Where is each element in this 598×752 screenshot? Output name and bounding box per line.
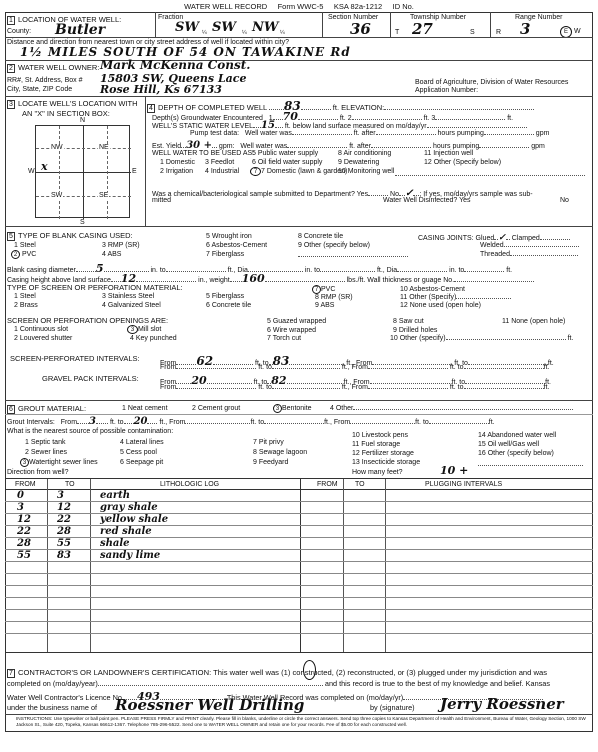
opening-option[interactable]: 11 None (open hole): [502, 318, 565, 325]
casing-title: TYPE OF BLANK CASING USED:: [18, 231, 133, 240]
signature-field[interactable]: Jerry Roessner: [440, 695, 564, 713]
use-option[interactable]: 6 Oil field water supply: [252, 159, 322, 166]
compass-e: E: [132, 168, 137, 175]
screen-option[interactable]: 1 Steel: [14, 293, 36, 300]
opening-other-label: 10 Other (specify): [390, 335, 446, 342]
log-desc[interactable]: gray shale: [100, 502, 158, 514]
township-suffix: S: [470, 29, 475, 36]
log-desc[interactable]: sandy lime: [100, 550, 160, 562]
distance-field[interactable]: 1½ MILES SOUTH OF 54 ON TAWAKINE Rd: [20, 45, 351, 59]
casing-option[interactable]: 3 RMP (SR): [102, 242, 140, 249]
contam-option[interactable]: 11 Fuel storage: [352, 441, 400, 448]
static-label: WELL'S STATIC WATER LEVEL: [152, 123, 253, 130]
contam-option[interactable]: 7 Pit privy: [253, 439, 284, 446]
use-option[interactable]: 5 Public water supply: [252, 150, 318, 157]
certification-line1: 7CONTRACTOR'S OR LANDOWNER'S CERTIFICATI…: [7, 668, 547, 678]
screen-option[interactable]: 4 Galvanized Steel: [102, 302, 161, 309]
grout-option[interactable]: 2 Cement grout: [192, 405, 240, 412]
section7-number: 7: [7, 669, 15, 678]
contamination-label: What is the nearest source of possible c…: [7, 428, 173, 435]
log-row-empty[interactable]: [5, 598, 593, 610]
use-option[interactable]: 11 Injection well: [424, 150, 473, 157]
grout-other-label: 4 Other: [330, 405, 353, 412]
clamped-label: Clamped: [512, 235, 540, 242]
fraction-field-1[interactable]: SW: [175, 20, 199, 35]
grout-title: GROUT MATERIAL:: [18, 404, 86, 413]
sample-label: Was a chemical/bacteriological sample su…: [152, 191, 368, 198]
section6-number: 6: [7, 405, 15, 414]
weight-unit: lbs./ft. Wall thickness or guage No.: [347, 277, 455, 284]
section3-title: 3LOCATE WELL'S LOCATION WITH: [7, 99, 138, 109]
ft-to-label: ft. to: [450, 384, 464, 391]
ft-after: ft. after: [354, 130, 376, 137]
ft-from-label: ft., From: [342, 384, 368, 391]
quadrant-nw: NW: [50, 144, 64, 151]
ft-to-label: ft. to: [450, 364, 464, 371]
gravel-intervals-label: GRAVEL PACK INTERVALS:: [42, 374, 139, 383]
use-option-selected[interactable]: 77 Domestic (lawn & garden): [250, 167, 347, 176]
opening-option[interactable]: 10 Other (specify) ft.: [390, 335, 573, 342]
ft-after: ft. after: [349, 143, 371, 150]
form-number: Form WWC-5: [278, 2, 324, 11]
weight-field[interactable]: 160: [242, 272, 265, 285]
quarter-mark: ¼: [280, 30, 285, 36]
section5-number: 5: [7, 232, 15, 241]
gpm-label: gpm: [531, 143, 545, 150]
log-row[interactable]: 28 55 shale: [5, 538, 593, 550]
log-row-empty[interactable]: [5, 586, 593, 598]
log-row[interactable]: 12 22 yellow shale: [5, 514, 593, 526]
pump-test-row: Pump test data: Well water was ft. after…: [190, 130, 549, 137]
grout-intervals-row: Grout Intervals: From3 ft. to20 ft., Fro…: [7, 416, 495, 427]
opening-option[interactable]: 4 Key punched: [130, 335, 177, 342]
contam-option[interactable]: 13 Insecticide storage: [352, 459, 420, 466]
casing-selected-circle[interactable]: 2: [11, 250, 20, 259]
log-from[interactable]: 12: [17, 514, 31, 526]
use-option[interactable]: 9 Dewatering: [338, 159, 379, 166]
threaded-label: Threaded: [480, 251, 510, 258]
screen-selected-circle[interactable]: 7: [312, 285, 321, 294]
screen-option[interactable]: 9 ABS: [315, 302, 334, 309]
range-prefix: R: [496, 29, 501, 36]
col-from: FROM: [15, 481, 36, 488]
casing-option[interactable]: 7 Fiberglass: [206, 251, 244, 258]
opening-option[interactable]: 8 Saw cut: [393, 318, 424, 325]
contam-option[interactable]: 14 Abandoned water well: [478, 432, 556, 439]
use-label: WELL WATER TO BE USED AS:: [152, 150, 254, 157]
section2-title: 2WATER WELL OWNER:: [7, 63, 99, 73]
contam-option[interactable]: 4 Lateral lines: [120, 439, 164, 446]
section-box[interactable]: NW NE SW SE x: [35, 125, 130, 218]
casing-option[interactable]: 8 Concrete tile: [298, 233, 343, 240]
yield-unit: gpm:: [219, 143, 235, 150]
instructions: INSTRUCTIONS: Use typewriter or ball poi…: [16, 716, 586, 728]
licence-label: Water Well Contractor's Licence No: [7, 693, 122, 702]
screen-other-label: 11 Other (Specify): [400, 294, 456, 301]
weight-label: in., weight: [198, 277, 230, 284]
business-name-field[interactable]: Roessner Well Drilling: [115, 696, 304, 714]
use-option[interactable]: 3 Feedlot: [205, 159, 234, 166]
log-to[interactable]: 28: [57, 526, 71, 538]
section1-number: 1: [7, 16, 15, 25]
welded-label: Welded: [480, 242, 504, 249]
disinfected-label: Water Well Disinfected? Yes: [383, 197, 471, 204]
section3-number: 3: [7, 100, 15, 109]
well-water-was: Well water was: [240, 143, 287, 150]
use-option[interactable]: 12 Other (Specify below): [424, 159, 501, 166]
log-to[interactable]: 3: [57, 490, 64, 502]
board-label: Board of Agriculture, Division of Water …: [415, 79, 568, 86]
contam-option[interactable]: 9 Feedyard: [253, 459, 288, 466]
section6-title: 6GROUT MATERIAL:: [7, 404, 86, 414]
screen-option[interactable]: 2 Brass: [14, 302, 38, 309]
constructed-circle[interactable]: [303, 660, 316, 680]
gpm-label: gpm: [536, 130, 550, 137]
col-plug-from: FROM: [317, 481, 338, 488]
static-suffix: ft. below land surface measured on mo/da…: [285, 123, 427, 130]
log-desc[interactable]: shale: [100, 538, 130, 550]
casing-option[interactable]: 6 Asbestos-Cement: [206, 242, 267, 249]
section2-title-text: WATER WELL OWNER:: [18, 63, 99, 72]
log-from[interactable]: 0: [17, 490, 24, 502]
log-from[interactable]: 3: [17, 502, 24, 514]
signature-label: by (signature): [370, 703, 415, 712]
section3-subtitle: AN "X" IN SECTION BOX:: [22, 109, 110, 118]
contam-option[interactable]: 1 Septic tank: [25, 439, 65, 446]
quarter-mark: ¼: [202, 30, 207, 36]
screen-option[interactable]: 3 Stainless Steel: [102, 293, 154, 300]
opening-option-selected[interactable]: 3Mill slot: [127, 325, 161, 334]
ft-to-label: ft. to: [258, 364, 272, 371]
grout-intervals-label: Grout Intervals:: [7, 419, 55, 426]
contam-option[interactable]: 12 Fertilizer storage: [352, 450, 414, 457]
yield-label: Est. Yield: [152, 143, 181, 150]
township-prefix: T: [395, 29, 399, 36]
contam-option[interactable]: 16 Other (specify below): [478, 450, 554, 457]
opening-selected-circle[interactable]: 3: [127, 325, 138, 334]
disinfected-no[interactable]: No: [560, 197, 569, 204]
section5-title: 5TYPE OF BLANK CASING USED:: [7, 231, 133, 241]
opening-option[interactable]: 1 Continuous slot: [14, 326, 68, 333]
col-to: TO: [65, 481, 75, 488]
grout-option[interactable]: 1 Neat cement: [122, 405, 168, 412]
welded-row: Welded: [480, 242, 579, 249]
screen-option[interactable]: 10 Asbestos-Cement: [400, 286, 465, 293]
log-to[interactable]: 83: [57, 550, 71, 562]
grout-option[interactable]: 4 Other: [330, 405, 573, 412]
quadrant-ne: NE: [98, 144, 110, 151]
log-row-empty[interactable]: [5, 574, 593, 586]
certification-line2: completed on (mo/day/year) and this reco…: [7, 679, 550, 688]
from-label: From: [160, 364, 176, 371]
feet-label: How many feet?: [352, 469, 403, 476]
contam-option[interactable]: 2 Sewer lines: [25, 449, 67, 456]
log-desc[interactable]: red shale: [100, 526, 152, 538]
casing-option[interactable]: 5 Wrought iron: [206, 233, 252, 240]
screen-option[interactable]: 11 Other (Specify): [400, 294, 511, 301]
well-water-was: Well water was: [245, 130, 292, 137]
screen-option[interactable]: 8 RMP (SR): [315, 294, 353, 301]
grout-option-selected[interactable]: 3Bentonite: [273, 404, 312, 413]
use-option[interactable]: 8 Air conditioning: [338, 150, 391, 157]
log-row-empty[interactable]: [5, 610, 593, 622]
casing-option[interactable]: 9 Other (specify below): [298, 242, 370, 249]
use-option[interactable]: 1 Domestic: [160, 159, 195, 166]
log-from[interactable]: 55: [17, 550, 31, 562]
log-to[interactable]: 55: [57, 538, 71, 550]
section3-title-text: LOCATE WELL'S LOCATION WITH: [18, 99, 138, 108]
contam-option[interactable]: 6 Seepage pit: [120, 459, 163, 466]
contam-option[interactable]: 8 Sewage lagoon: [253, 449, 307, 456]
casing-option[interactable]: 4 ABS: [102, 251, 121, 258]
screen-option[interactable]: 5 Fiberglass: [206, 293, 244, 300]
quadrant-se: SE: [98, 192, 109, 199]
col-litho: LITHOLOGIC LOG: [160, 481, 219, 488]
log-desc[interactable]: yellow shale: [100, 514, 168, 526]
use-option[interactable]: 2 Irrigation: [160, 168, 193, 175]
opening-option[interactable]: 9 Drilled holes: [393, 327, 437, 334]
screen-intervals-label: SCREEN-PERFORATED INTERVALS:: [10, 354, 140, 363]
use-selected-circle[interactable]: 7: [250, 167, 261, 176]
openings-title: SCREEN OR PERFORATION OPENINGS ARE:: [7, 316, 168, 325]
col-plugging: PLUGGING INTERVALS: [425, 481, 502, 488]
log-row-empty[interactable]: [5, 562, 593, 574]
city-field[interactable]: Rose Hill, Ks 67133: [100, 83, 222, 96]
address-label: RR#, St. Address, Box #: [7, 77, 82, 84]
log-row-empty[interactable]: [5, 634, 593, 646]
fraction-field-3[interactable]: NW: [252, 20, 278, 35]
section-number-field[interactable]: 36: [350, 20, 371, 38]
use-option[interactable]: 4 Industrial: [205, 168, 239, 175]
quadrant-sw: SW: [50, 192, 63, 199]
screen-option-selected[interactable]: 7PVC: [312, 285, 335, 294]
log-desc[interactable]: earth: [100, 490, 130, 502]
compass-s: S: [80, 219, 85, 226]
contam-selected-circle[interactable]: 3: [20, 458, 29, 467]
log-row[interactable]: 22 28 red shale: [5, 526, 593, 538]
opening-option[interactable]: 6 Wire wrapped: [267, 327, 316, 334]
feet-field[interactable]: 10 +: [440, 464, 468, 477]
range-field[interactable]: 3: [520, 20, 530, 38]
contam-option[interactable]: 5 Cess pool: [120, 449, 157, 456]
col-plug-to: TO: [355, 481, 365, 488]
ksa-ref: KSA 82a-1212: [334, 2, 382, 11]
log-row-empty[interactable]: [5, 622, 593, 634]
direction-label: Direction from well?: [7, 469, 68, 476]
completed-on-label: completed on (mo/day/year): [7, 679, 98, 688]
form-title: WATER WELL RECORD: [184, 2, 267, 11]
opening-option[interactable]: 2 Louvered shutter: [14, 335, 72, 342]
log-row[interactable]: 55 83 sandy lime: [5, 550, 593, 562]
sample-suffix2: mitted: [152, 197, 171, 204]
compass-n: N: [80, 117, 85, 124]
well-location-mark[interactable]: x: [41, 160, 48, 173]
log-row[interactable]: 3 12 gray shale: [5, 502, 593, 514]
ft-from-label: ft., From: [342, 364, 368, 371]
screen-title: TYPE OF SCREEN OR PERFORATION MATERIAL:: [7, 283, 183, 292]
grout-from-field[interactable]: 3: [89, 416, 96, 427]
gravel-interval-row-2: From ft. to ft., From ft. toft.: [160, 384, 549, 391]
township-field[interactable]: 27: [412, 20, 433, 38]
log-from[interactable]: 22: [17, 526, 31, 538]
business-label: under the business name of: [7, 703, 97, 712]
form-header: WATER WELL RECORD Form WWC-5 KSA 82a-121…: [0, 2, 598, 11]
screen-option[interactable]: 12 None used (open hole): [400, 302, 481, 309]
lithologic-log-table: FROM TO LITHOLOGIC LOG FROM TO PLUGGING …: [5, 478, 593, 653]
casing-option[interactable]: 1 Steel: [14, 242, 36, 249]
opening-option[interactable]: 7 Torch cut: [267, 335, 301, 342]
quarter-mark: ¼: [242, 30, 247, 36]
threaded-row: Threaded: [480, 251, 578, 258]
joints-label: CASING JOINTS: Glued: [418, 235, 494, 242]
casing-option-selected[interactable]: 2 PVC: [11, 250, 36, 259]
contam-option[interactable]: 15 Oil well/Gas well: [478, 441, 539, 448]
sample-row: Was a chemical/bacteriological sample su…: [152, 188, 533, 199]
screen-option[interactable]: 6 Concrete tile: [206, 302, 251, 309]
hours-pumping: hours pumping: [433, 143, 479, 150]
id-label: ID No.: [393, 2, 414, 11]
certification-text: CONTRACTOR'S OR LANDOWNER'S CERTIFICATIO…: [18, 668, 547, 677]
ft-to-label: ft. to: [258, 384, 272, 391]
opening-option[interactable]: 5 Guazed wrapped: [267, 318, 326, 325]
pump-label: Pump test data:: [190, 130, 239, 137]
log-from[interactable]: 28: [17, 538, 31, 550]
grout-selected-circle[interactable]: 3: [273, 404, 282, 413]
section2-number: 2: [7, 64, 15, 73]
owner-field[interactable]: Mark McKenna Const.: [100, 58, 250, 72]
log-to[interactable]: 22: [57, 514, 71, 526]
use-selected-text: 7 Domestic (lawn & garden): [261, 168, 347, 175]
fraction-field-2[interactable]: SW: [212, 20, 236, 35]
contam-option-selected[interactable]: 3Watertight sewer lines: [20, 458, 98, 467]
county-field[interactable]: Butler: [55, 22, 105, 38]
screen-interval-row-2: From ft. to ft., From ft. toft.: [160, 364, 549, 371]
from-label: From: [160, 384, 176, 391]
hours-pumping: hours pumping: [438, 130, 484, 137]
city-label: City, State, ZIP Code: [7, 86, 72, 93]
use-option[interactable]: 10 Monitoring well: [338, 168, 394, 175]
county-label: County:: [7, 28, 31, 35]
log-to[interactable]: 12: [57, 502, 71, 514]
contam-option[interactable]: 10 Livestock pens: [352, 432, 408, 439]
compass-w: W: [28, 168, 35, 175]
certification-text-2: and this record is true to the best of m…: [325, 679, 550, 688]
log-row[interactable]: 0 3 earth: [5, 490, 593, 502]
application-label: Application Number:: [415, 87, 478, 94]
grout-to-field[interactable]: 20: [134, 416, 148, 427]
